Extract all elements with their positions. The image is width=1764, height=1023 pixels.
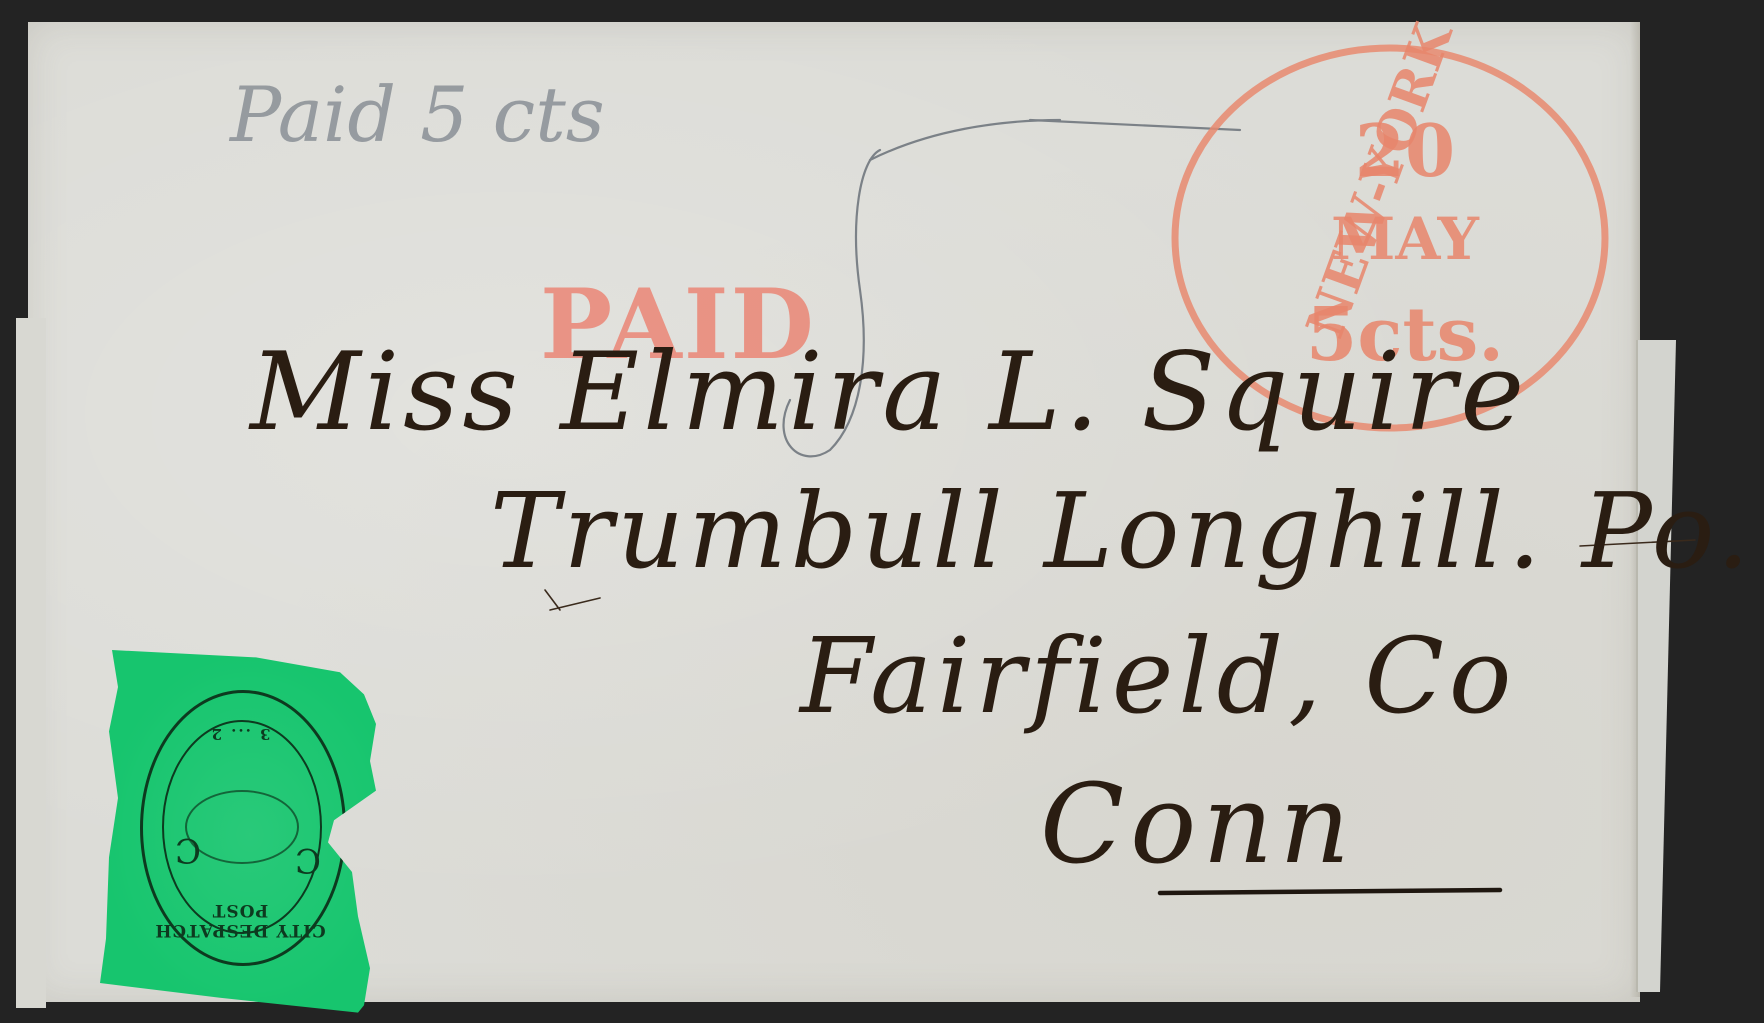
stamp-top-text: 3 ... 2 (140, 725, 340, 743)
stamp-denomination-right: C (295, 840, 321, 880)
address-line-state: Conn (1040, 760, 1356, 888)
stamp-denomination-left: C (175, 830, 201, 870)
pencil-line (1030, 120, 1240, 130)
stamp-inscription: CITY DESPATCH POST (140, 900, 340, 940)
stamp-center-oval (185, 790, 299, 864)
underline-mark (1160, 890, 1500, 893)
stray-mark (545, 590, 600, 610)
postmark-month: MAY (1300, 205, 1510, 273)
pencil-notation: Paid 5 cts (230, 70, 605, 159)
pencil-stroke (870, 120, 1060, 160)
address-line-town: Trumbull Longhill. Po. (490, 470, 1754, 592)
postmark-day: 20 (1300, 108, 1510, 193)
address-line-county: Fairfield, Co (800, 615, 1517, 737)
address-line-name: Miss Elmira L. Squire (250, 330, 1528, 455)
